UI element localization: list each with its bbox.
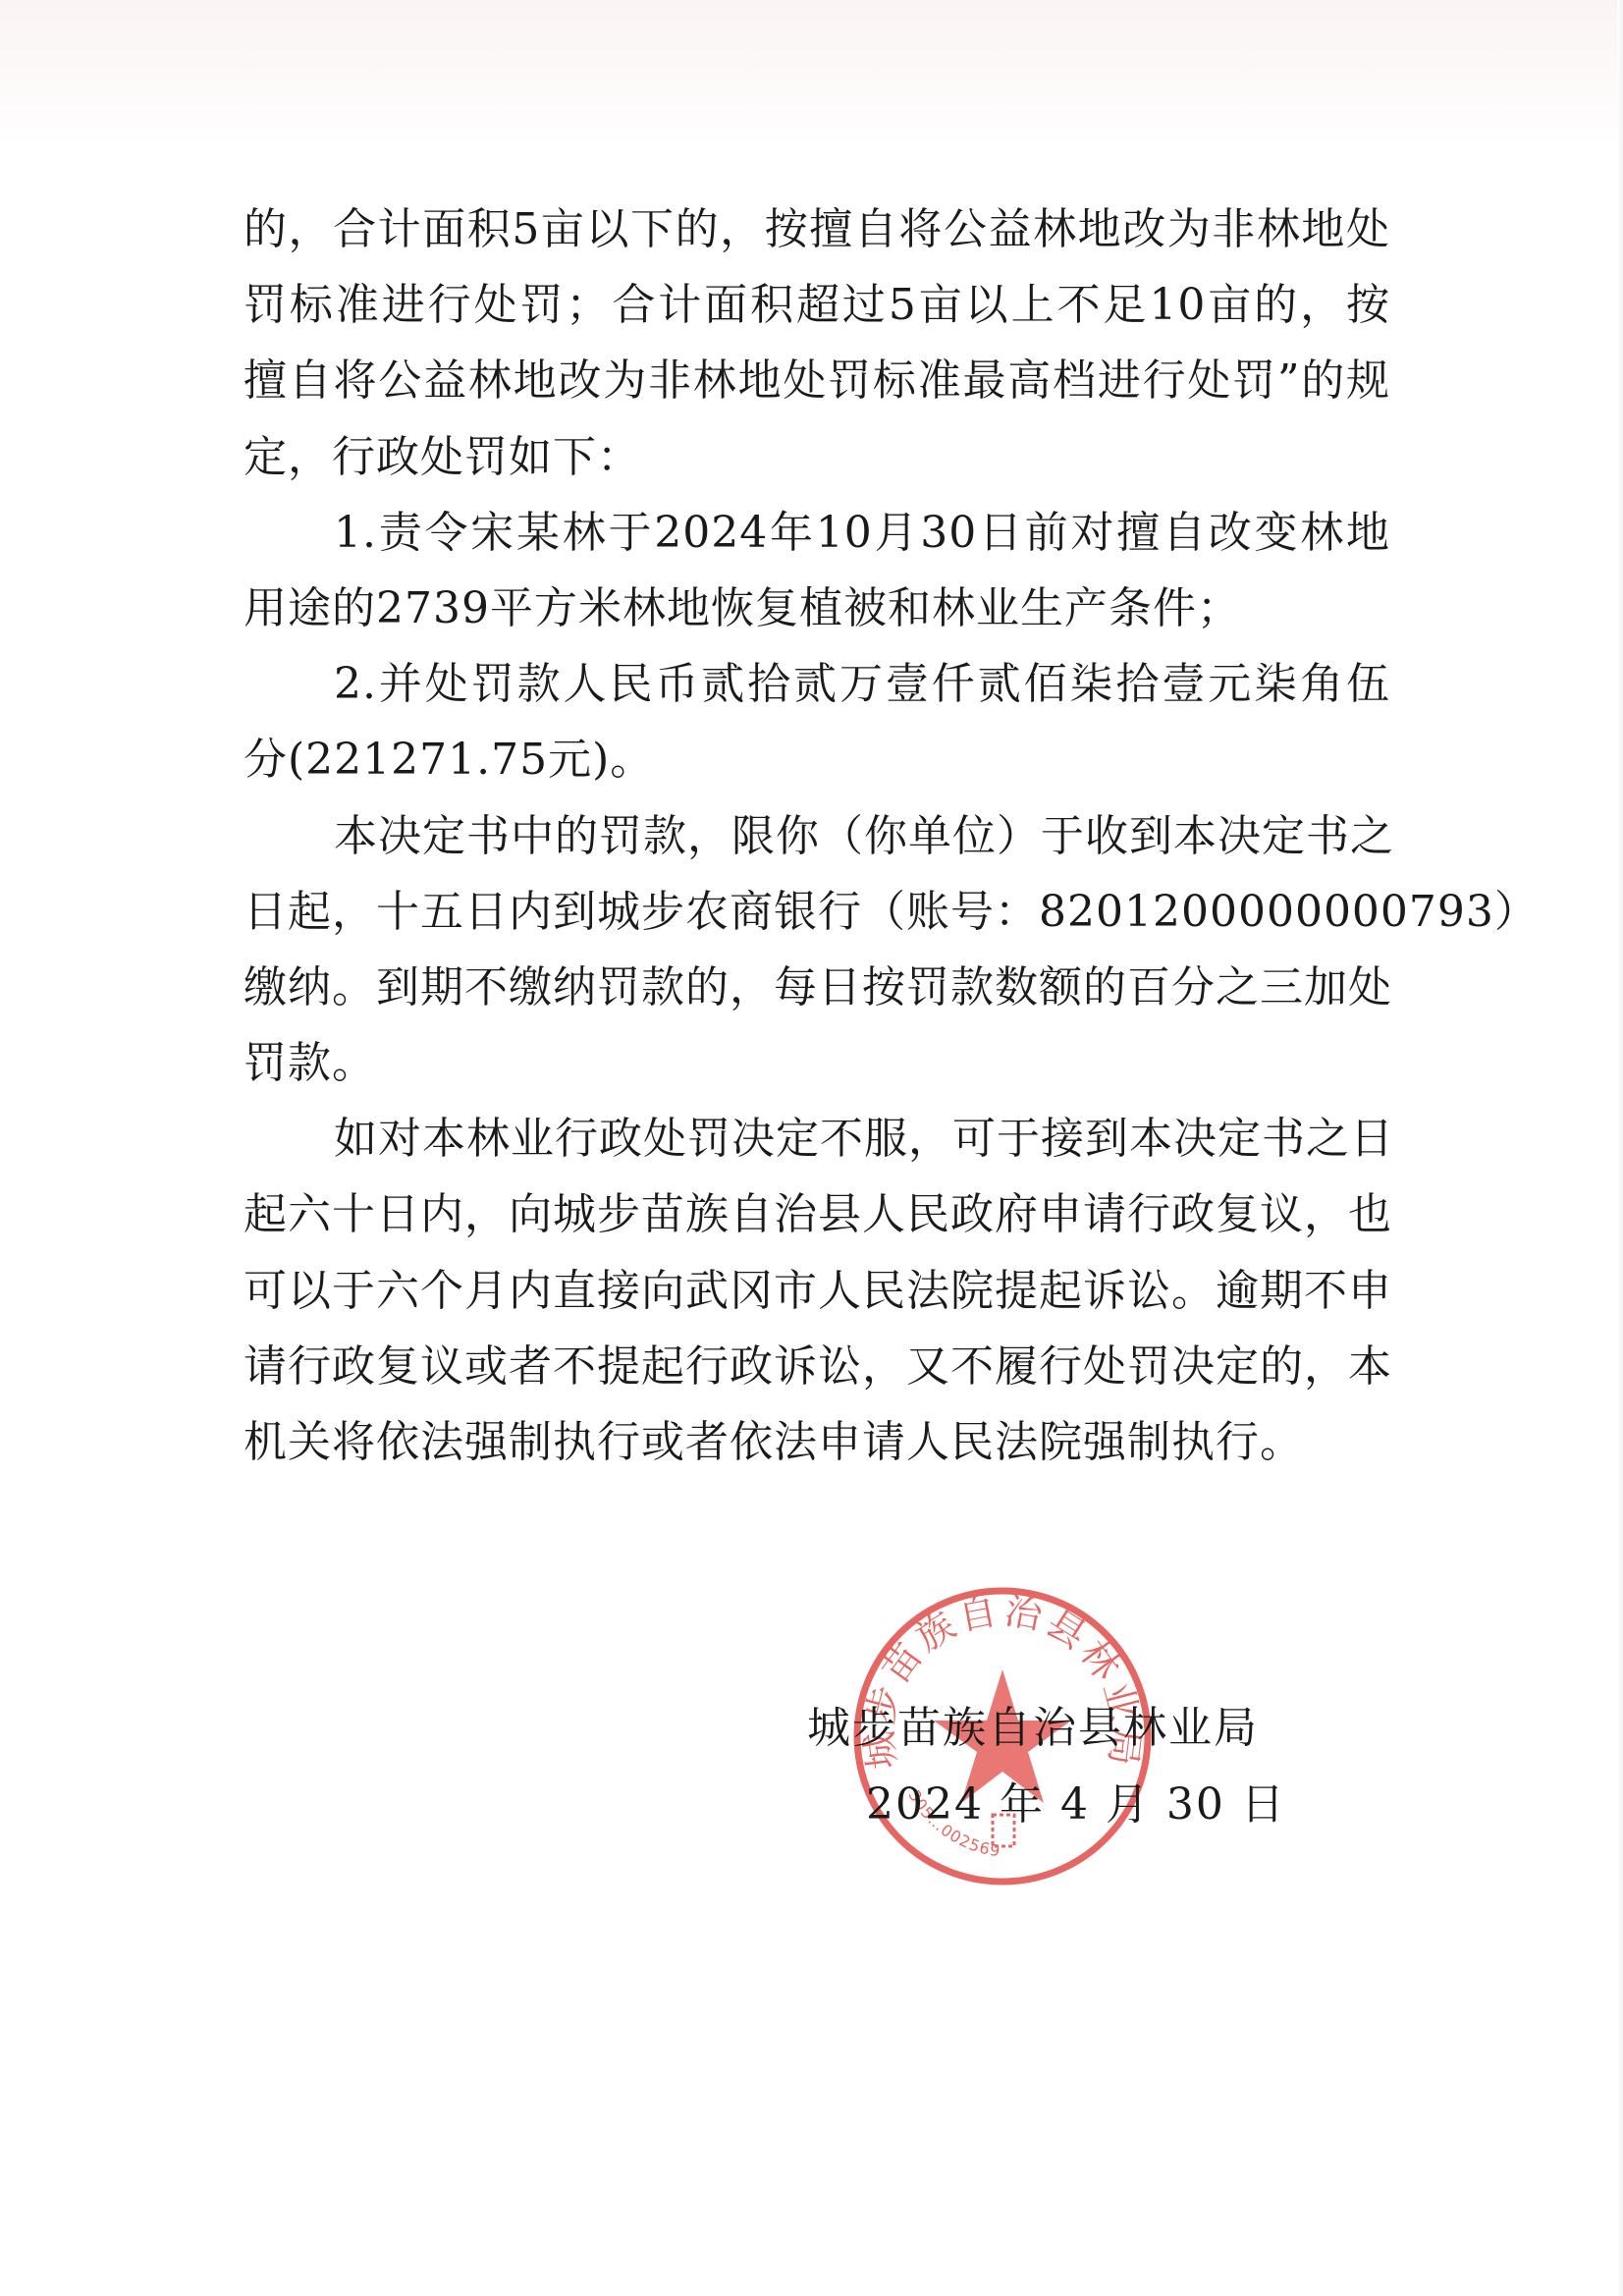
body-line: 定，行政处罚如下： <box>243 419 1390 495</box>
penalty-item-2: 2.并处罚款人民币贰拾贰万壹仟贰佰柒拾壹元柒角伍 <box>243 646 1390 722</box>
body-line: 擅自将公益林地改为非林地处罚标准最高档进行处罚”的规 <box>243 343 1390 418</box>
payment-paragraph: 本决定书中的罚款，限你（你单位）于收到本决定书之 <box>243 798 1390 874</box>
issuing-organization: 城步苗族自治县林业局 <box>805 1694 1316 1763</box>
issue-date: 2024 年 4 月 30 日 <box>805 1771 1316 1839</box>
body-line: 罚款。 <box>243 1025 1390 1101</box>
penalty-item-1: 1.责令宋某林于2024年10月30日前对擅自改变林地 <box>243 495 1390 571</box>
bank-account-line: 日起，十五日内到城步农商银行（账号：8201200000000793） <box>243 874 1390 950</box>
decision-body: 的，合计面积5亩以下的，按擅自将公益林地改为非林地处 罚标准进行处罚；合计面积超… <box>243 191 1390 1480</box>
body-line: 罚标准进行处罚；合计面积超过5亩以上不足10亩的，按 <box>243 267 1390 343</box>
body-line: 缴纳。到期不缴纳罚款的，每日按罚款数额的百分之三加处 <box>243 950 1390 1025</box>
body-line: 的，合计面积5亩以下的，按擅自将公益林地改为非林地处 <box>243 191 1390 267</box>
appeal-paragraph: 如对本林业行政处罚决定不服，可于接到本决定书之日 <box>243 1101 1390 1176</box>
body-line: 可以于六个月内直接向武冈市人民法院提起诉讼。逾期不申 <box>243 1253 1390 1329</box>
body-line: 用途的2739平方米林地恢复植被和林业生产条件； <box>243 571 1390 646</box>
page-edge <box>1617 0 1623 2296</box>
body-line: 请行政复议或者不提起行政诉讼，又不履行处罚决定的，本 <box>243 1329 1390 1404</box>
body-line: 起六十日内，向城步苗族自治县人民政府申请行政复议，也 <box>243 1176 1390 1252</box>
signature-block: 城步苗族自治县林业局 2024 年 4 月 30 日 <box>805 1694 1316 1839</box>
fine-amount-line: 分(221271.75元)。 <box>243 722 1390 797</box>
body-line: 机关将依法强制执行或者依法申请人民法院强制执行。 <box>243 1404 1390 1480</box>
scan-background-tint <box>0 0 1623 147</box>
